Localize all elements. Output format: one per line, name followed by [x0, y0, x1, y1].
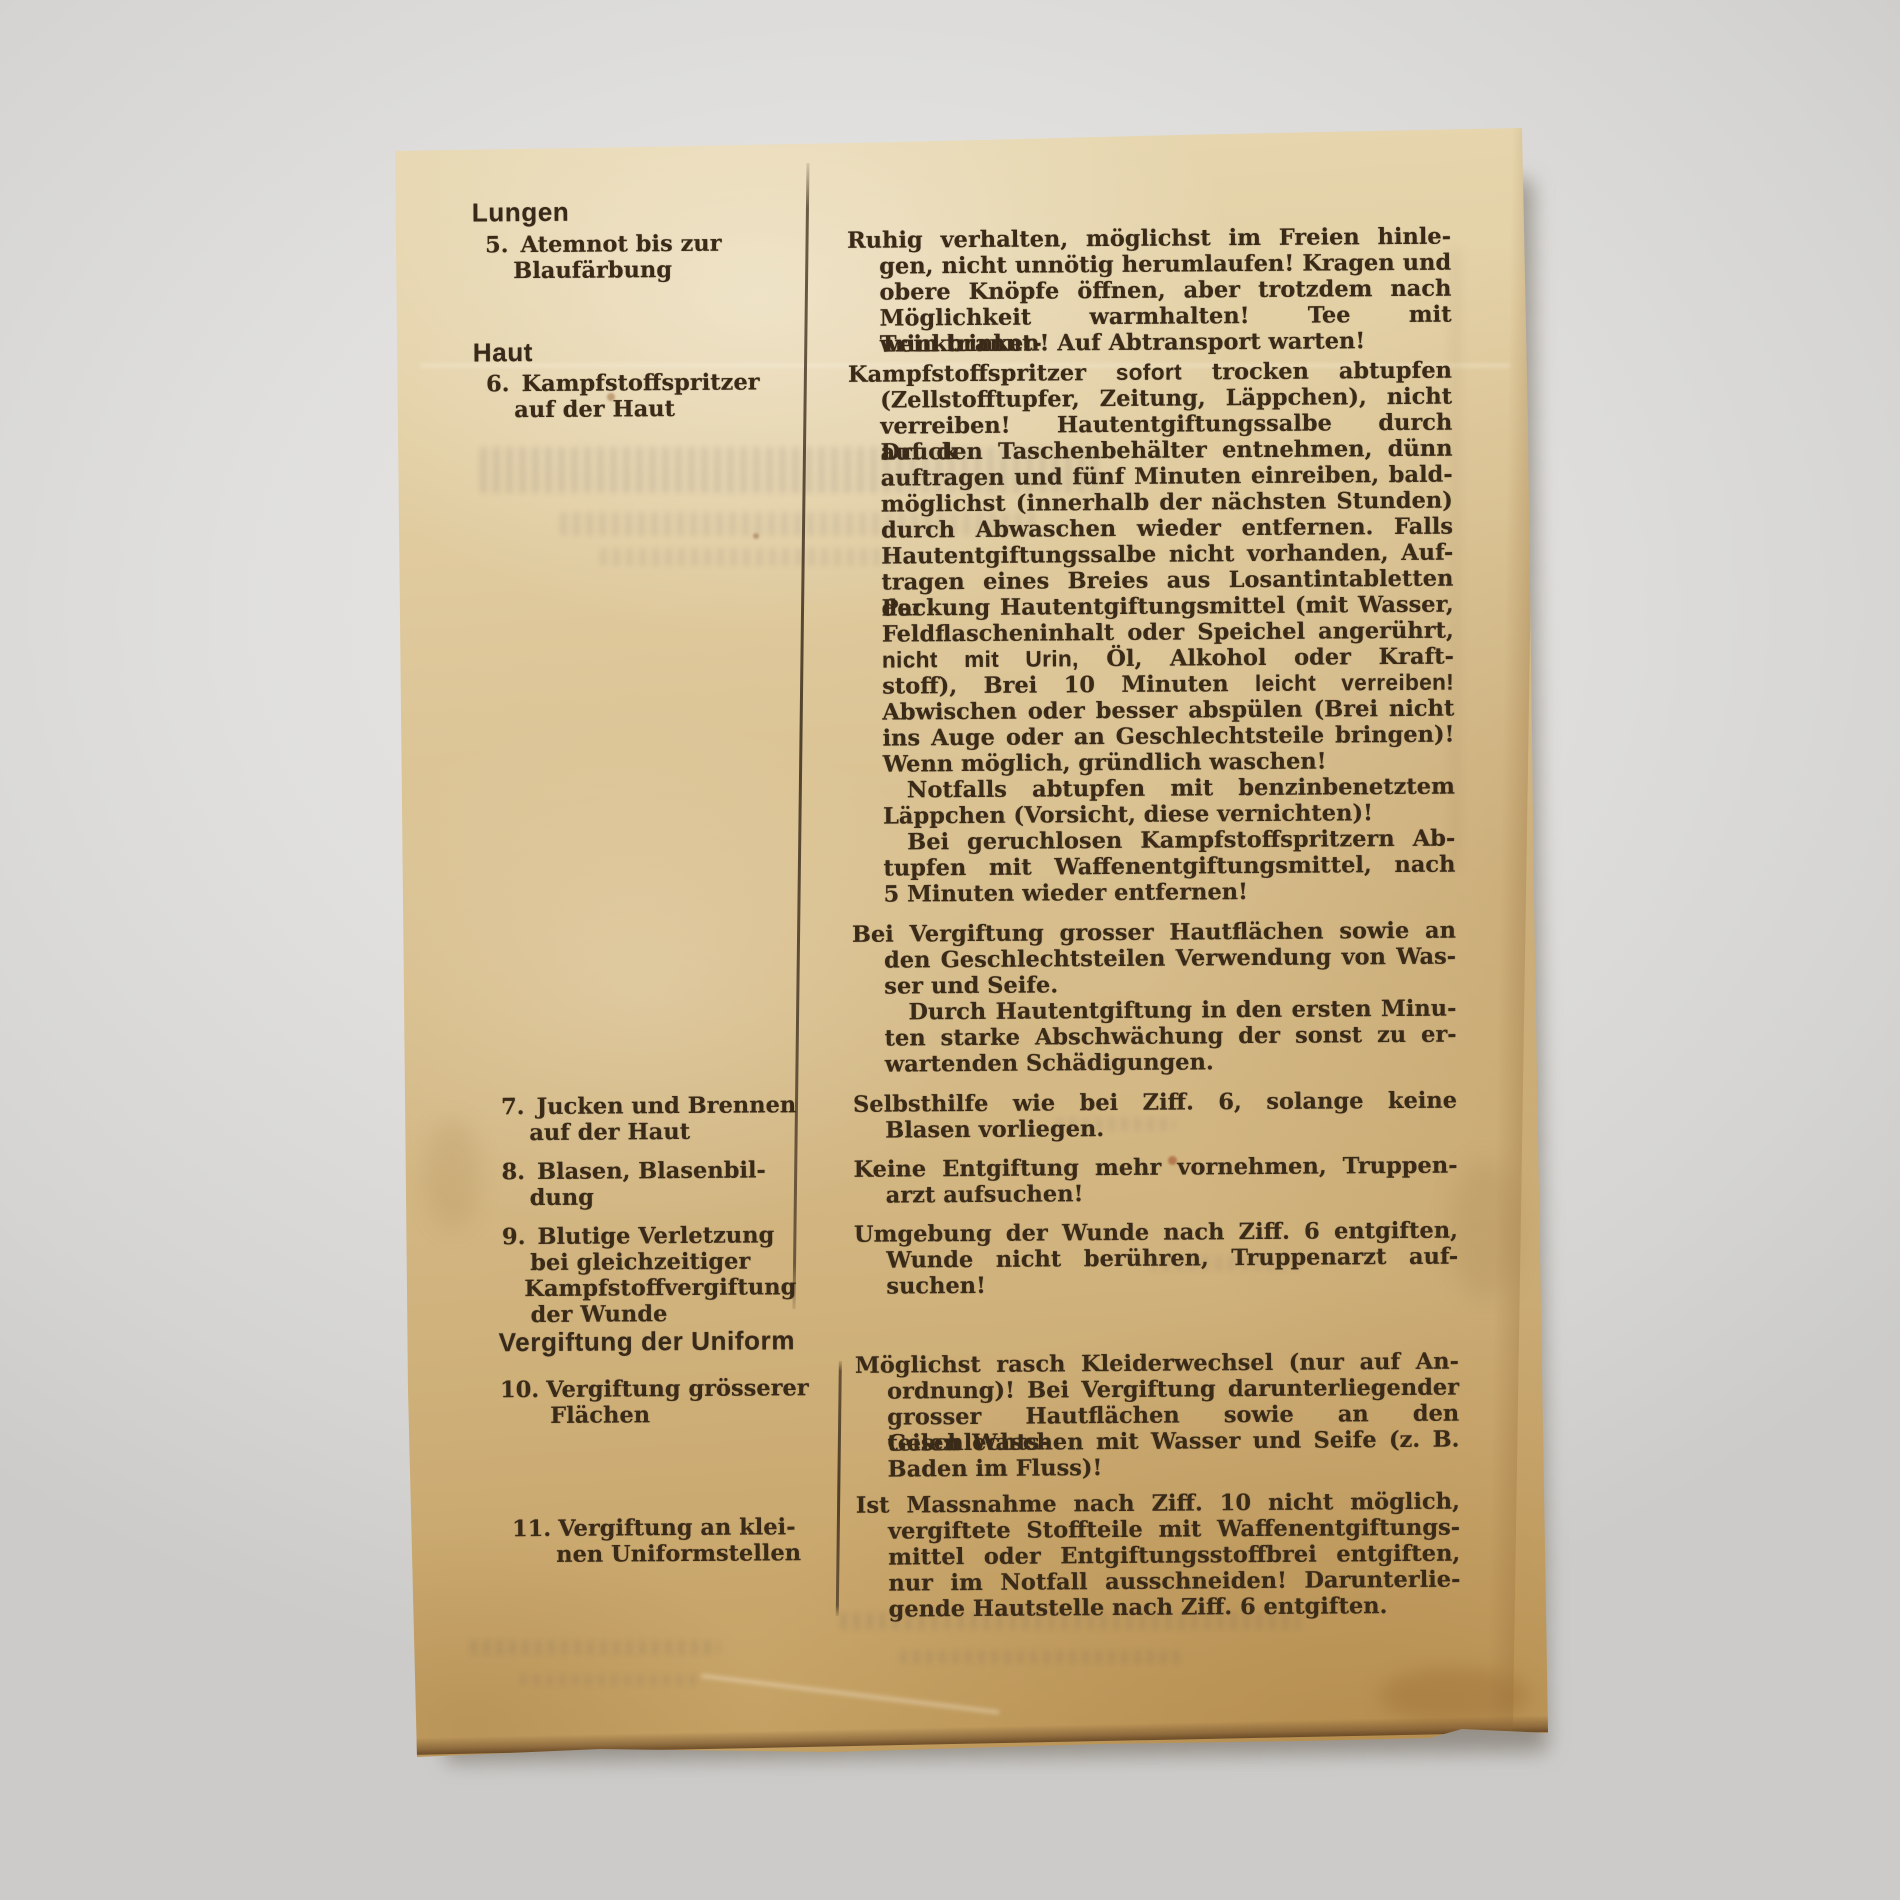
instruction-paragraph-5: Ruhig verhalten, möglichst im Freien hin… — [847, 224, 1452, 358]
text-line: Läppchen (Vorsicht, diese vernichten)! — [883, 800, 1455, 830]
instruction-paragraph-6: Kampfstoffspritzer sofort trocken abtupf… — [848, 358, 1456, 908]
text-line: stoff), Brei 10 Minuten leicht verreiben… — [882, 670, 1454, 700]
text-line: ins Auge oder an Geschlechtsteile bringe… — [882, 722, 1454, 752]
item-number: 10. — [500, 1377, 539, 1403]
column-divider-lower — [836, 1361, 842, 1616]
text-segment: Öl, Alkohol oder Kraft- — [1079, 644, 1454, 673]
symptom-item-7: 7.Jucken und Brennen auf der Haut — [501, 1092, 797, 1146]
text-line: Keine Entgiftung mehr vornehmen, Truppen… — [853, 1153, 1457, 1183]
item-text: Jucken und Brennen — [536, 1092, 796, 1120]
text-line: Notfalls abtupfen mit benzinbenetztem — [907, 774, 1455, 804]
item-text: Atemnot bis zur — [520, 231, 721, 258]
text-line: möglichst (innerhalb der nächsten Stunde… — [881, 488, 1453, 518]
item-number: 9. — [502, 1224, 526, 1250]
symptom-item-5: 5.Atemnot bis zur Blaufärbung — [485, 231, 722, 285]
symptom-item-10: 10.Vergiftung grösserer Flächen — [500, 1375, 809, 1429]
text-line: Möglichkeit warmhalten! Tee mit Trinkbra… — [879, 302, 1451, 332]
text-line: auf den Taschenbehälter entnehmen, dünn — [880, 436, 1452, 466]
item-number: 11. — [512, 1516, 551, 1542]
item-number: 8. — [501, 1159, 525, 1185]
item-text: Kampfstoffvergiftung — [524, 1274, 796, 1302]
text-segment: trocken abtupfen — [1182, 358, 1452, 386]
section-heading-lungen: Lungen — [472, 199, 570, 226]
item-text: Flächen — [550, 1401, 809, 1429]
item-number: 6. — [486, 371, 510, 397]
item-text: der Wunde — [530, 1300, 796, 1328]
text-line: arzt aufsuchen! — [886, 1179, 1458, 1209]
text-line: Wenn möglich, gründlich waschen! — [883, 748, 1455, 778]
item-text: auf der Haut — [514, 395, 760, 423]
text-line: Selbsthilfe wie bei Ziff. 6, solange kei… — [853, 1088, 1457, 1118]
item-text: Blaufärbung — [513, 257, 722, 284]
item-text: Vergiftung grösserer — [546, 1375, 809, 1403]
symptom-item-6: 6.Kampfstoffspritzer auf der Haut — [486, 369, 760, 423]
text-line: Blasen vorliegen. — [885, 1114, 1457, 1144]
bold-text-segment: sofort — [1116, 360, 1182, 385]
text-line: Packung Hautentgiftungsmittel (mit Wasse… — [882, 592, 1454, 622]
text-line: obere Knöpfe öffnen, aber trotzdem nach — [879, 276, 1451, 306]
text-line: den Geschlechtsteilen Verwendung von Was… — [884, 944, 1456, 974]
item-number: 7. — [501, 1094, 525, 1120]
instruction-paragraph-8: Keine Entgiftung mehr vornehmen, Truppen… — [853, 1153, 1457, 1209]
leaflet-paper: Lungen 5.Atemnot bis zur Blaufärbung Hau… — [0, 0, 1900, 1900]
text-line: ser und Seife. — [884, 970, 1456, 1000]
text-segment: stoff), Brei 10 Minuten — [882, 671, 1255, 700]
text-line: wein trinken! Auf Abtransport warten! — [880, 328, 1452, 358]
text-line: verreiben! Hautentgiftungssalbe durch Dr… — [880, 410, 1452, 440]
text-line: Abwischen oder besser abspülen (Brei nic… — [882, 696, 1454, 726]
text-line: nicht mit Urin, Öl, Alkohol oder Kraft- — [882, 644, 1454, 674]
text-line: Feldflascheninhalt oder Speichel angerüh… — [882, 618, 1454, 648]
text-line: Bei geruchlosen Kampfstoffspritzern Ab- — [907, 826, 1455, 856]
instruction-paragraph-7: Selbsthilfe wie bei Ziff. 6, solange kei… — [853, 1088, 1457, 1144]
item-text: Blutige Verletzung — [537, 1222, 774, 1250]
text-line: Wunde nicht berühren, Truppenarzt auf- — [886, 1244, 1458, 1274]
text-line: (Zellstofftupfer, Zeitung, Läppchen), ni… — [880, 384, 1452, 414]
text-segment: Kampfstoffspritzer — [848, 360, 1116, 388]
text-line: auftragen und fünf Minuten einreiben, ba… — [881, 462, 1453, 492]
text-line: ten starke Abschwächung der sonst zu er- — [885, 1022, 1457, 1052]
leaflet-content: Lungen 5.Atemnot bis zur Blaufärbung Hau… — [0, 0, 1900, 1900]
text-line: tupfen mit Waffenentgiftungsmittel, nach — [883, 852, 1455, 882]
symptom-item-8: 8.Blasen, Blasenbil- dung — [501, 1157, 766, 1211]
text-line: gen, nicht unnötig herumlaufen! Kragen u… — [879, 250, 1451, 280]
instruction-paragraph-6b: Bei Vergiftung grosser Hautflächen sowie… — [852, 918, 1457, 1078]
text-line: mittel oder Entgiftungsstoffbrei entgift… — [888, 1541, 1460, 1571]
text-line: nur im Notfall ausschneiden! Darunterlie… — [888, 1567, 1460, 1597]
text-line: durch Abwaschen wieder entfernen. Falls — [881, 514, 1453, 544]
item-text: Blasen, Blasenbil- — [537, 1157, 766, 1185]
text-line: ordnung)! Bei Vergiftung darunterliegend… — [887, 1375, 1459, 1405]
text-line: Baden im Fluss)! — [888, 1453, 1460, 1483]
item-text: nen Uniformstellen — [556, 1540, 801, 1568]
item-text: bei gleichzeitiger — [530, 1248, 796, 1276]
bold-text-segment: nicht mit Urin, — [882, 646, 1079, 672]
item-text: dung — [530, 1183, 766, 1211]
photo-background: Lungen 5.Atemnot bis zur Blaufärbung Hau… — [0, 0, 1900, 1900]
instruction-paragraph-10: Möglichst rasch Kleiderwechsel (nur auf … — [855, 1349, 1460, 1483]
text-line: Hautentgiftungssalbe nicht vorhanden, Au… — [881, 540, 1453, 570]
item-text: Vergiftung an klei- — [558, 1514, 795, 1542]
text-line: vergiftete Stoffteile mit Waffenentgiftu… — [888, 1515, 1460, 1545]
text-line: gende Hautstelle nach Ziff. 6 entgiften. — [889, 1593, 1461, 1623]
symptom-item-9: 9.Blutige Verletzung bei gleichzeitiger … — [502, 1222, 797, 1328]
text-line: suchen! — [886, 1270, 1458, 1300]
section-heading-uniform: Vergiftung der Uniform — [499, 1327, 796, 1355]
bold-text-segment: leicht verreiben! — [1255, 670, 1454, 696]
text-line: grosser Hautflächen sowie an den Geschle… — [887, 1401, 1459, 1431]
instruction-paragraph-11: Ist Massnahme nach Ziff. 10 nicht möglic… — [856, 1489, 1461, 1623]
section-heading-haut: Haut — [473, 339, 533, 365]
symptom-item-11: 11.Vergiftung an klei- nen Uniformstelle… — [512, 1514, 801, 1568]
text-line: Durch Hautentgiftung in den ersten Minu- — [908, 996, 1456, 1026]
text-line: 5 Minuten wieder entfernen! — [884, 878, 1456, 908]
instruction-paragraph-9: Umgebung der Wunde nach Ziff. 6 entgifte… — [854, 1218, 1459, 1300]
item-number: 5. — [485, 232, 509, 258]
text-line: teilen Waschen mit Wasser und Seife (z. … — [887, 1427, 1459, 1457]
text-line: wartenden Schädigungen. — [885, 1048, 1457, 1078]
item-text: Kampfstoffspritzer — [521, 369, 759, 397]
item-text: auf der Haut — [529, 1118, 796, 1146]
text-line: tragen eines Breies aus Losantintablette… — [881, 566, 1453, 596]
